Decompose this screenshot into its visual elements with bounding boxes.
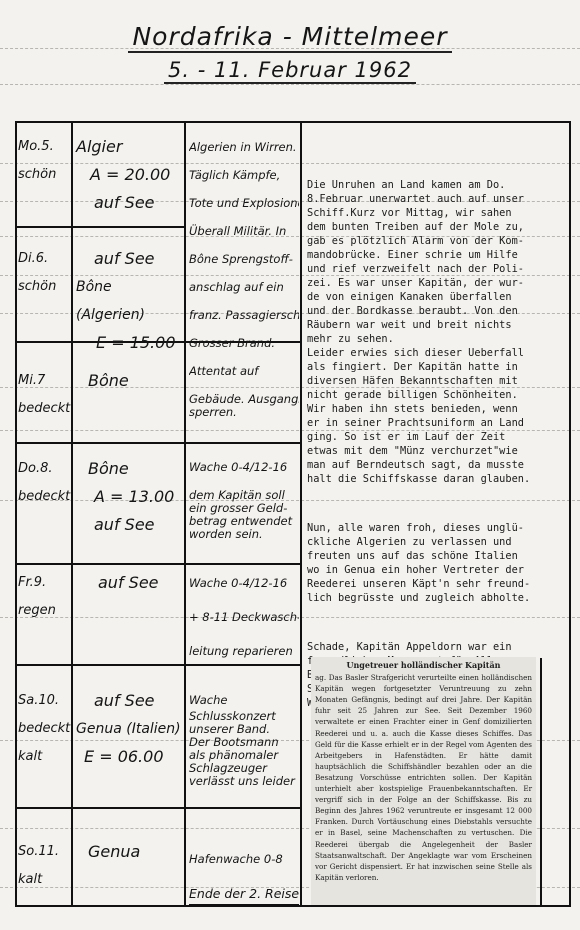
log-row-location: auf See [76,569,184,597]
column-divider [300,121,302,907]
log-row-day: Mo.5. schön [18,133,70,189]
clipping-border [540,658,542,906]
log-row-location: auf See Bône (Algerien) E = 15.00 [76,245,184,357]
row-divider [15,226,185,228]
page-subtitle: 5. - 11. Februar 1962 [0,58,580,82]
newspaper-clipping: Ungetreuer holländischer Kapitän ag. Das… [311,657,536,905]
rule-line [0,48,580,49]
clipping-headline: Ungetreuer holländischer Kapitän [315,660,532,671]
row-divider [15,442,302,444]
log-row-location: Bône A = 13.00 auf See [76,455,184,539]
log-row-day: Do.8. bedeckt [18,455,70,511]
column-divider [71,121,73,907]
log-row-day: Di.6. schön [18,245,70,301]
log-row-location: Bône [76,367,184,395]
log-row-day: Sa.10. bedeckt kalt [18,687,70,771]
log-row-location: Algier A = 20.00 auf See [76,133,184,217]
row-divider [15,563,302,565]
log-row-day: So.11. kalt [18,838,70,894]
typed-report: Die Unruhen an Land kamen am Do. 8.Febru… [307,150,577,731]
clipping-body: ag. Das Basler Strafgericht verurteilte … [315,672,532,883]
notes-block: Wache 0-4/12-16 + 8-11 Deckwasch- leitun… [189,569,299,665]
log-row-day: Fr.9. regen [18,569,70,625]
log-row-day: Mi.7 bedeckt [18,367,70,423]
notes-block: Hafenwache 0-8 [189,845,299,873]
notes-block: Algerien in Wirren. Täglich Kämpfe, Tote… [189,133,299,419]
page-title: Nordafrika - Mittelmeer [0,22,580,51]
log-row-location: auf See Genua (Italien) E = 06.00 [76,687,184,771]
notes-block: Wache 0-4/12-16 dem Kapitän soll ein gro… [189,453,299,541]
row-divider [15,807,302,809]
log-row-location: Genua [76,838,184,866]
notes-block: Wache Schlusskonzert unserer Band. Der B… [189,690,299,788]
end-of-voyage-note: Ende der 2. Reise [189,880,299,908]
rule-line [0,84,580,85]
column-divider [184,121,186,907]
